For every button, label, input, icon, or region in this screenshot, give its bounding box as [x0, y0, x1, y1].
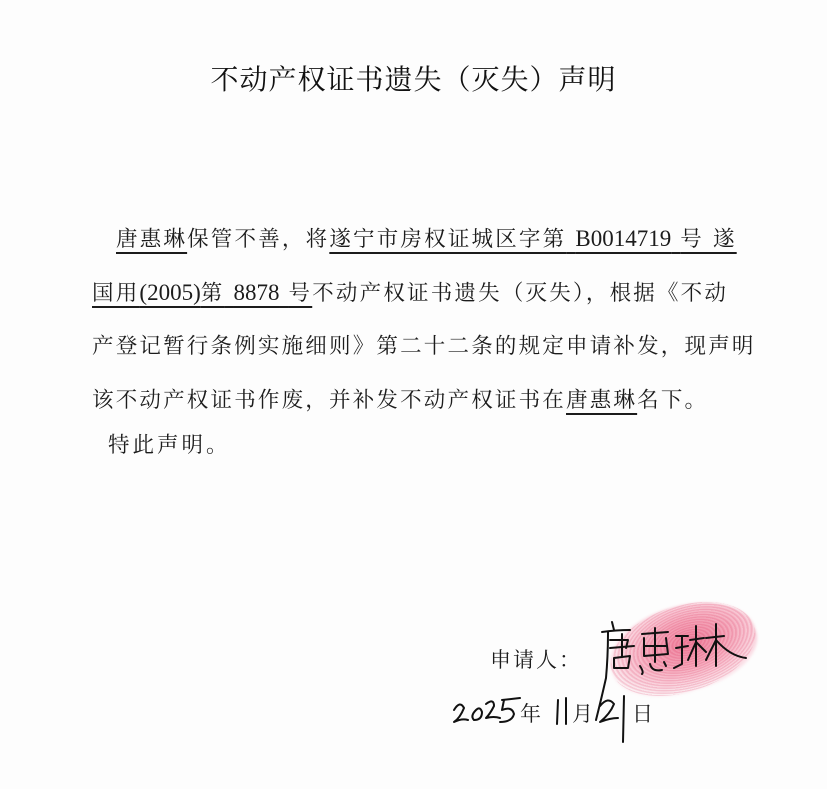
- certificate-1-number: B0014719: [575, 226, 671, 251]
- certificate-1-ref: 遂宁市房权证城区字第 B0014719 号 遂: [329, 227, 736, 252]
- paragraph-line-2: 国用(2005)第 8878 号不动产权证书遗失（灭失），根据《不动: [92, 266, 776, 320]
- certificate-2-prefix: 国用: [92, 281, 139, 306]
- text-segment: 名下。: [637, 388, 708, 413]
- certificate-2-ref: 国用(2005)第 8878 号: [92, 281, 312, 306]
- date-day-unit: 日: [632, 698, 653, 728]
- date-month-unit: 月: [572, 698, 593, 728]
- certificate-2-year: (2005): [139, 280, 200, 305]
- text-segment: 保管不善，将: [187, 227, 329, 252]
- declaration-paragraph: 唐惠琳保管不善，将遂宁市房权证城区字第 B0014719 号 遂 国用(2005…: [116, 212, 776, 428]
- certificate-2-number: 8878: [233, 280, 279, 305]
- applicant-label: 申请人：: [490, 644, 582, 674]
- text-segment: 不动产权证书遗失（灭失），根据《不动: [312, 281, 728, 306]
- handwritten-day-icon: [596, 688, 632, 744]
- certificate-2-suffix: 号: [289, 281, 313, 306]
- applicant-signature-value: 唐惠琳: [490, 636, 491, 637]
- paragraph-line-3: 产登记暂行条例实施细则》第二十二条的规定申请补发，现声明: [92, 320, 776, 374]
- certificate-1-suffix: 号 遂: [680, 227, 736, 252]
- signature-date: 2025 年 11 月 21: [450, 688, 710, 738]
- document-page: 不动产权证书遗失（灭失）声明 唐惠琳保管不善，将遂宁市房权证城区字第 B0014…: [0, 0, 827, 789]
- document-title: 不动产权证书遗失（灭失）声明: [0, 58, 827, 98]
- owner-name: 唐惠琳: [116, 227, 187, 252]
- text-segment: 该不动产权证书作废，并补发不动产权证书在: [92, 388, 566, 413]
- handwritten-year-icon: [450, 688, 522, 734]
- closing-statement: 特此声明。: [108, 428, 231, 459]
- certificate-1-prefix: 遂宁市房权证城区字第: [329, 227, 566, 252]
- signature-block: 申请人： 唐惠琳: [490, 636, 790, 756]
- certificate-2-mid: 第: [201, 281, 225, 306]
- paragraph-line-4: 该不动产权证书作废，并补发不动产权证书在唐惠琳名下。: [92, 374, 776, 428]
- owner-name: 唐惠琳: [566, 388, 637, 413]
- handwritten-month-icon: [554, 690, 572, 730]
- date-year-unit: 年: [520, 698, 543, 728]
- paragraph-line-1: 唐惠琳保管不善，将遂宁市房权证城区字第 B0014719 号 遂: [116, 212, 776, 266]
